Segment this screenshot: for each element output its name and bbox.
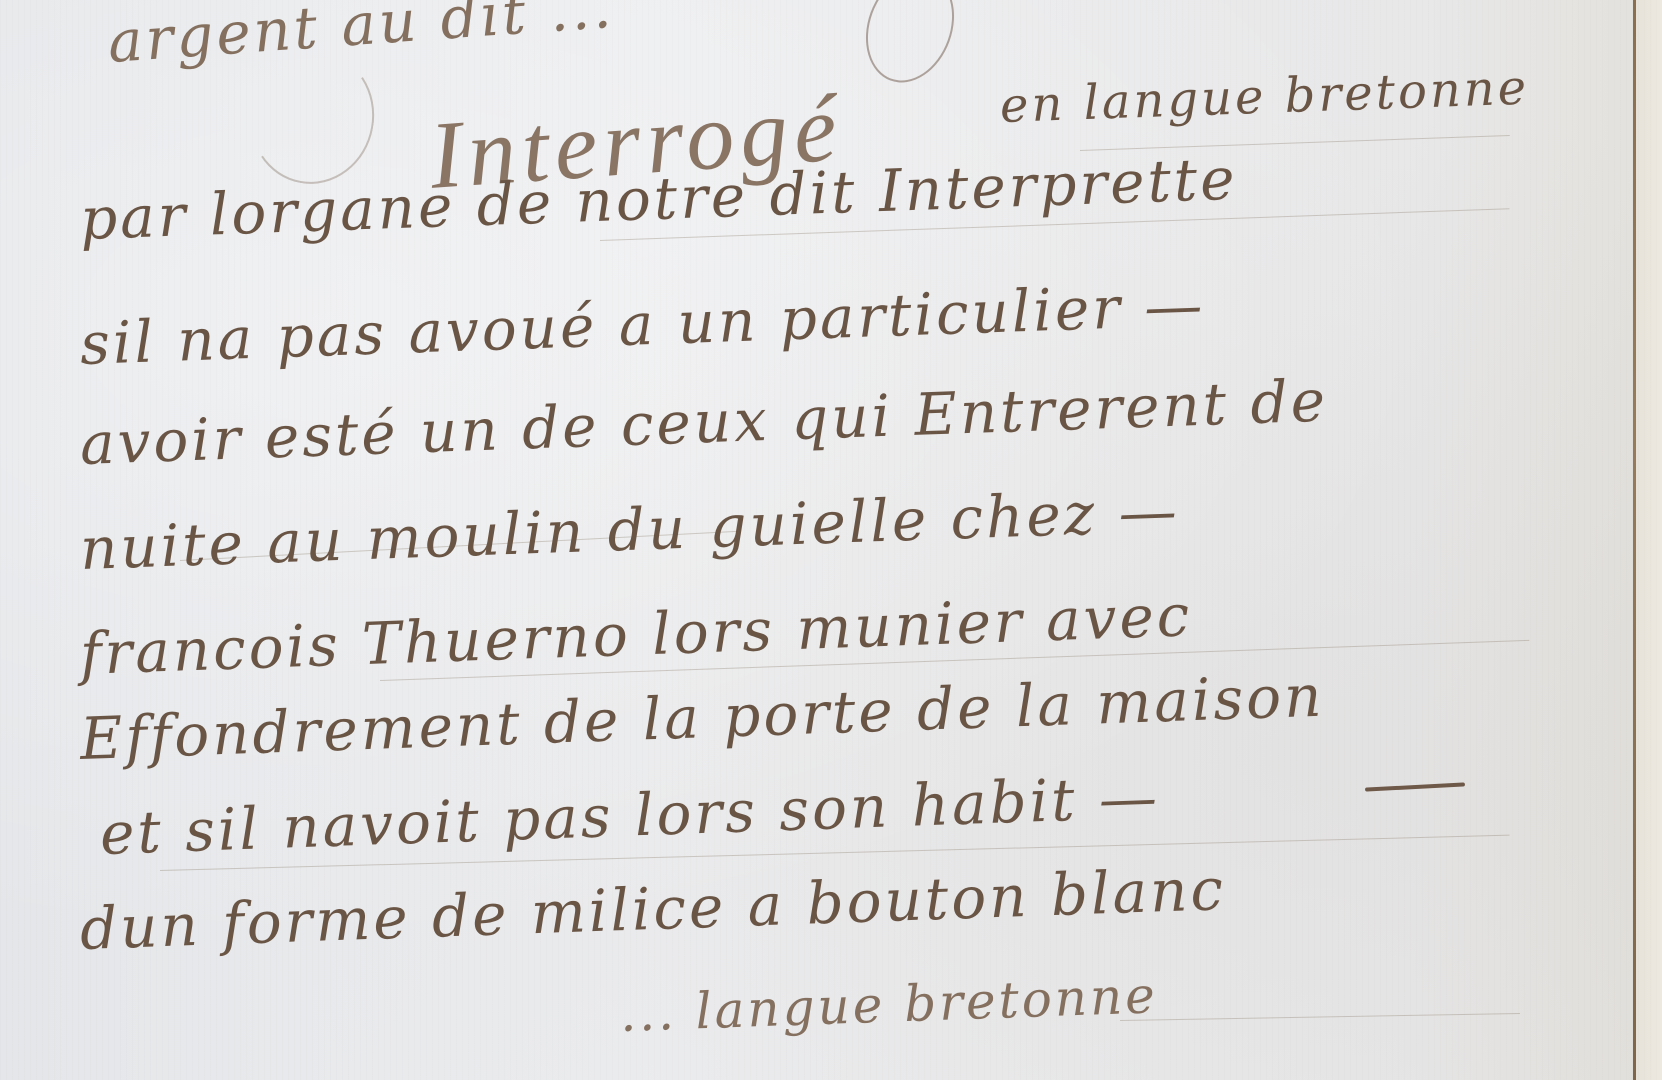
paraph-flourish: [851, 0, 969, 95]
manuscript-line-11: ... langue bretonne: [619, 966, 1159, 1043]
manuscript-line-10: dun forme de milice a bouton blanc: [79, 855, 1227, 963]
manuscript-line-4: sil na pas avoué a un particulier —: [79, 271, 1207, 378]
manuscript-line-1: argent au dit ...: [106, 0, 616, 76]
page-edge-strip: [1634, 0, 1662, 1080]
page-edge-line: [1633, 0, 1636, 1080]
manuscript-line-9: et sil navoit pas lors son habit —: [99, 763, 1161, 868]
manuscript-line-6: nuite au moulin du guielle chez —: [79, 477, 1181, 583]
manuscript-line-5: avoir esté un de ceux qui Entrerent de: [79, 366, 1329, 478]
ruling-line: [1120, 1013, 1520, 1021]
line-end-dash: [1365, 782, 1465, 791]
heading-suffix: en langue bretonne: [999, 60, 1530, 134]
manuscript-page: argent au dit ... Interrogé en langue br…: [0, 0, 1662, 1080]
